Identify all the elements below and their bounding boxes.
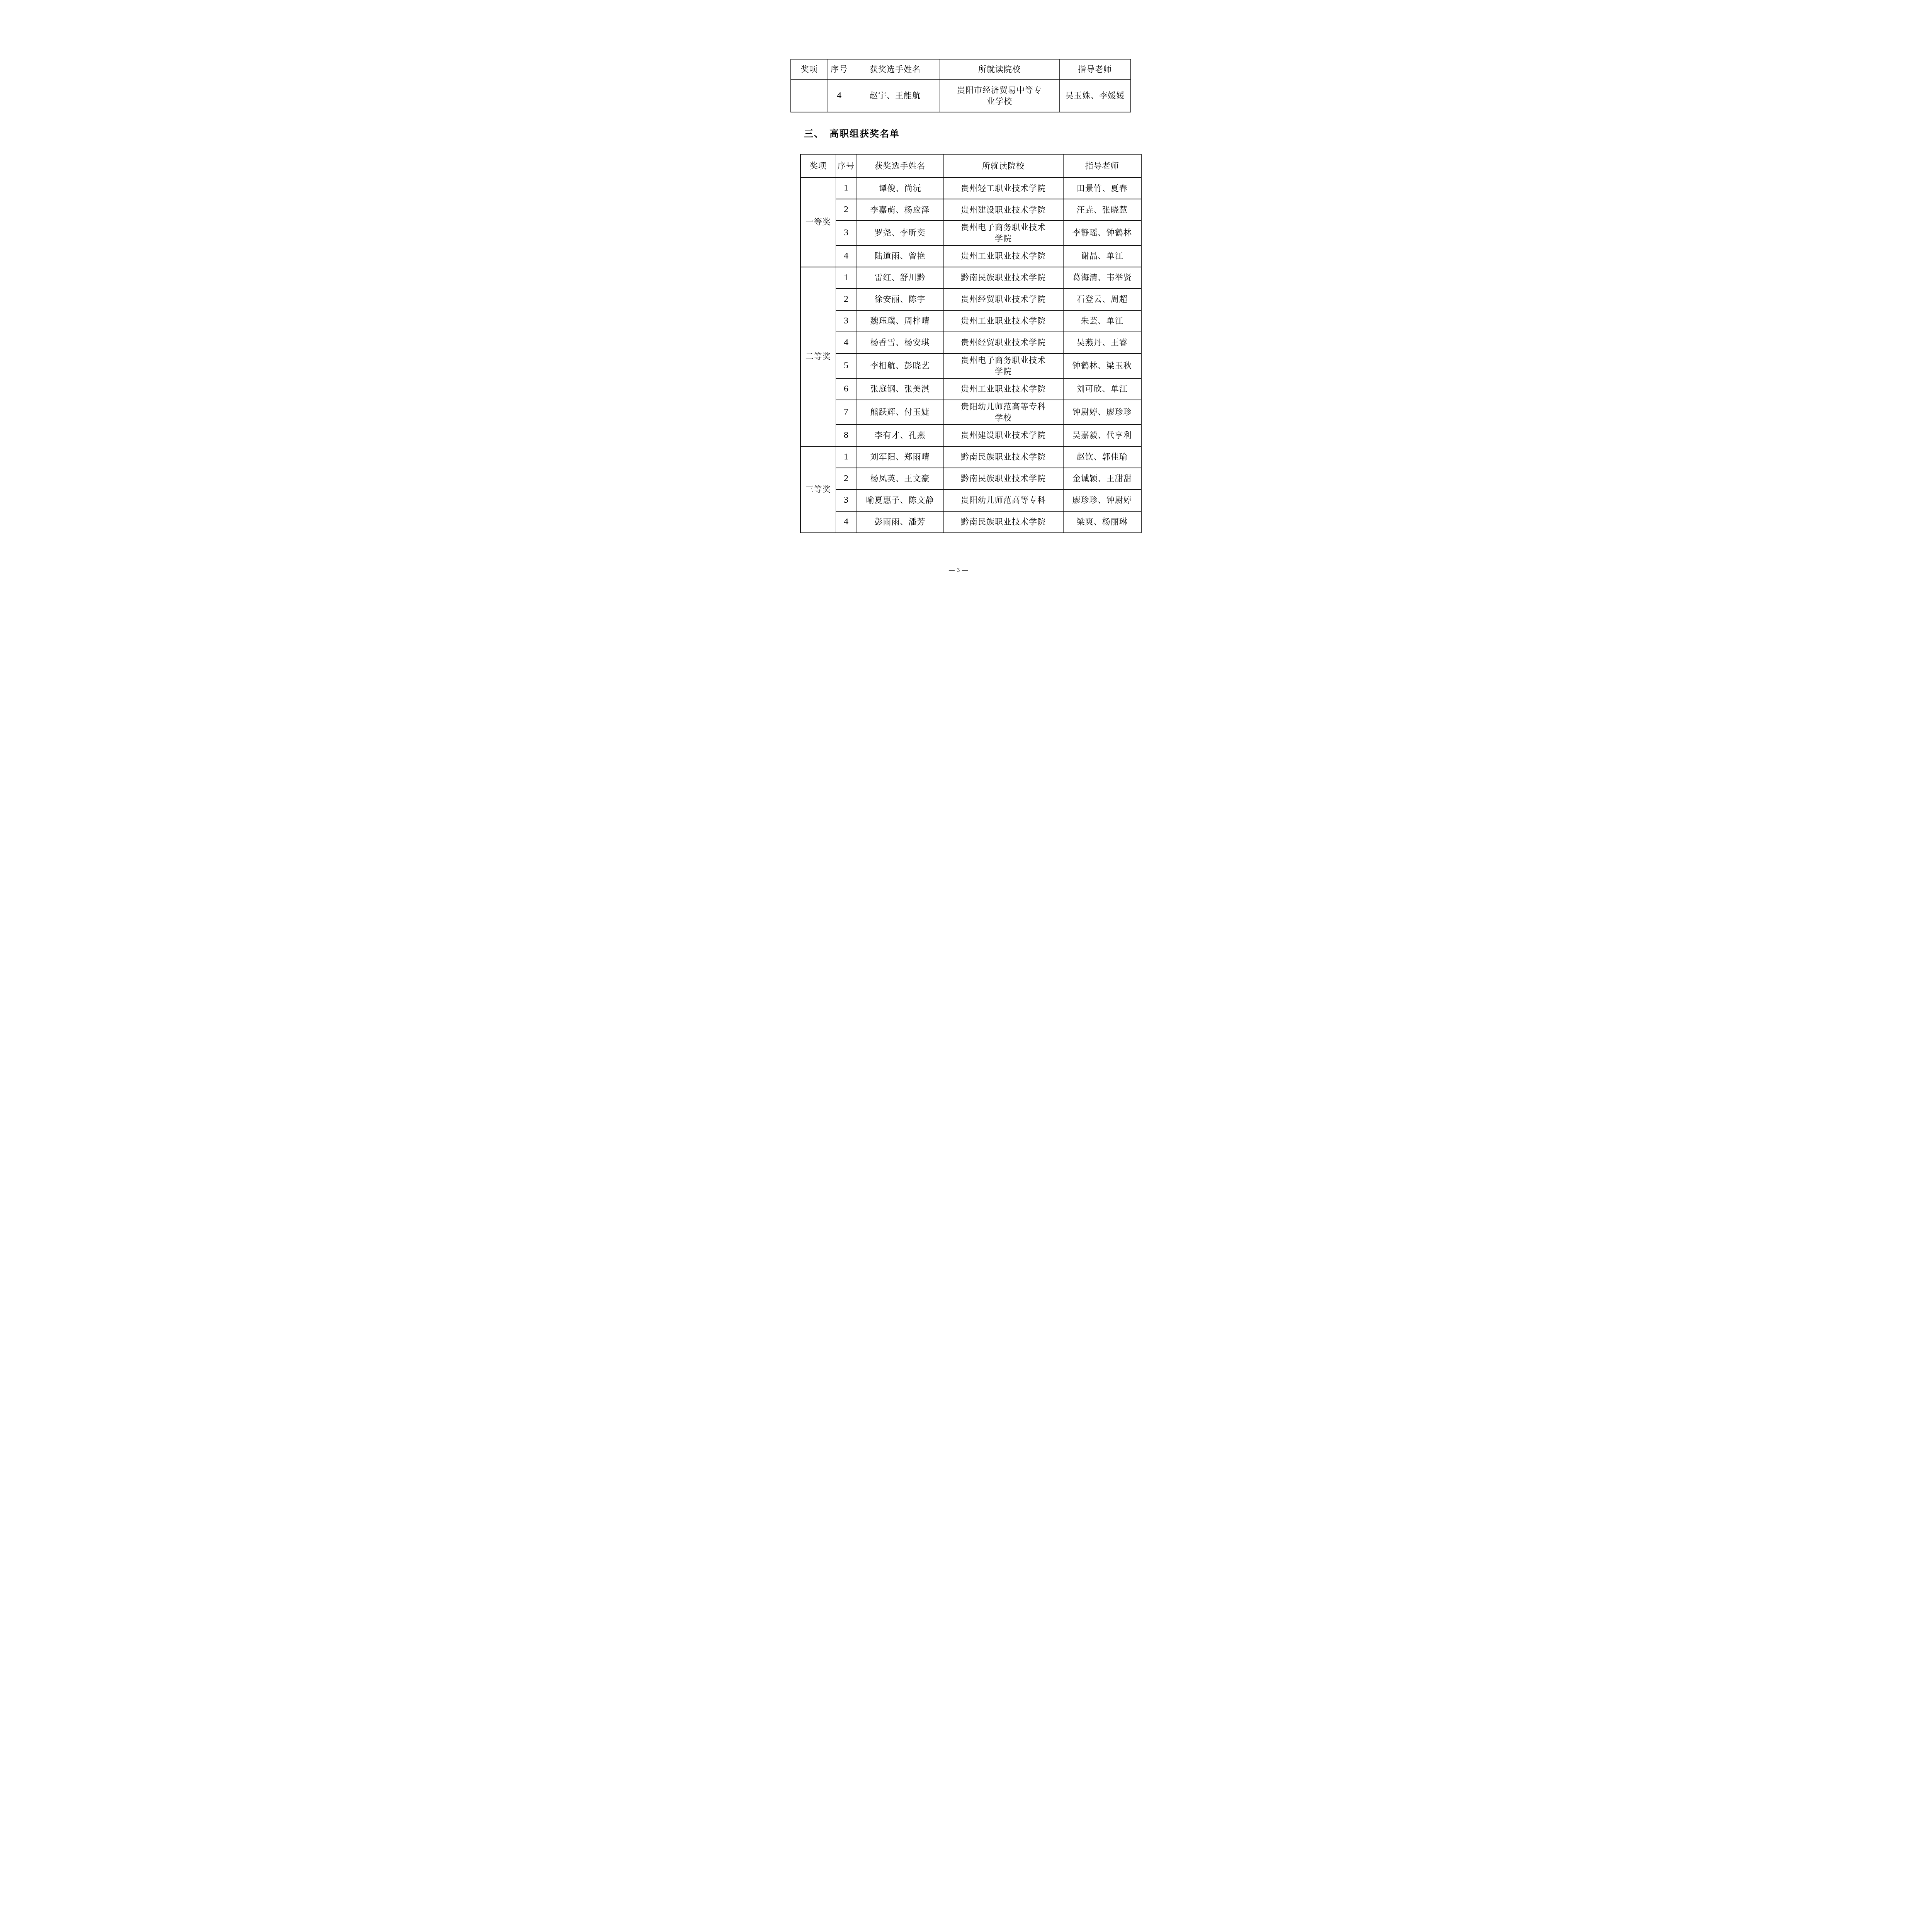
teachers-cell: 钟鹤林、梁玉秋 <box>1063 354 1141 378</box>
award-cell <box>791 79 828 112</box>
column-header: 指导老师 <box>1059 59 1131 79</box>
table-row: 7熊跃辉、付玉婕贵阳幼儿师范高等专科 学校钟尉婷、廖珍珍 <box>800 400 1141 425</box>
table-header-row: 奖项序号获奖选手姓名所就读院校指导老师 <box>800 154 1141 177</box>
names-cell: 魏珏璞、周梓晴 <box>857 310 943 332</box>
award-group-cell: 三等奖 <box>800 446 836 533</box>
names-cell: 李嘉萌、杨应泽 <box>857 199 943 221</box>
teachers-cell: 石登云、周超 <box>1063 289 1141 310</box>
table-header-row: 奖项序号获奖选手姓名所就读院校指导老师 <box>791 59 1131 79</box>
names-cell: 彭雨雨、潘芳 <box>857 511 943 533</box>
school-cell: 贵州电子商务职业技术 学院 <box>943 221 1063 245</box>
teachers-cell: 刘可欣、单江 <box>1063 378 1141 400</box>
index-cell: 3 <box>836 490 857 511</box>
school-cell: 贵阳市经济贸易中等专 业学校 <box>940 79 1059 112</box>
names-cell: 罗尧、李昕奕 <box>857 221 943 245</box>
college-table-body: 一等奖1谭俊、尚沅贵州轻工职业技术学院田景竹、夏春2李嘉萌、杨应泽贵州建设职业技… <box>800 177 1141 533</box>
names-cell: 雷红、舒川黔 <box>857 267 943 289</box>
column-header: 获奖选手姓名 <box>851 59 940 79</box>
index-cell: 1 <box>836 177 857 199</box>
names-cell: 刘军阳、郑雨晴 <box>857 446 943 468</box>
school-cell: 黔南民族职业技术学院 <box>943 267 1063 289</box>
index-cell: 4 <box>828 79 851 112</box>
school-cell: 贵州经贸职业技术学院 <box>943 289 1063 310</box>
names-cell: 谭俊、尚沅 <box>857 177 943 199</box>
column-header: 获奖选手姓名 <box>857 154 943 177</box>
award-group-cell: 二等奖 <box>800 267 836 446</box>
school-cell: 贵州工业职业技术学院 <box>943 245 1063 267</box>
section-heading: 三、 高职组获奖名单 <box>804 126 900 139</box>
college-group-table: 奖项序号获奖选手姓名所就读院校指导老师 一等奖1谭俊、尚沅贵州轻工职业技术学院田… <box>800 154 1142 533</box>
index-cell: 4 <box>836 245 857 267</box>
index-cell: 8 <box>836 425 857 446</box>
index-cell: 1 <box>836 446 857 468</box>
school-cell: 贵州经贸职业技术学院 <box>943 332 1063 354</box>
column-header: 序号 <box>836 154 857 177</box>
school-cell: 贵阳幼儿师范高等专科 学校 <box>943 400 1063 425</box>
table-row: 8李有才、孔燕贵州建设职业技术学院吴嘉毅、代亨利 <box>800 425 1141 446</box>
teachers-cell: 赵钦、郭佳瑜 <box>1063 446 1141 468</box>
index-cell: 2 <box>836 199 857 221</box>
column-header: 奖项 <box>791 59 828 79</box>
index-cell: 5 <box>836 354 857 378</box>
index-cell: 1 <box>836 267 857 289</box>
document-page: 奖项序号获奖选手姓名所就读院校指导老师 4赵宇、王能航贵阳市经济贸易中等专 业学… <box>746 0 1171 601</box>
table-row: 3魏珏璞、周梓晴贵州工业职业技术学院朱芸、单江 <box>800 310 1141 332</box>
index-cell: 4 <box>836 332 857 354</box>
school-cell: 黔南民族职业技术学院 <box>943 446 1063 468</box>
index-cell: 2 <box>836 468 857 490</box>
column-header: 所就读院校 <box>943 154 1063 177</box>
names-cell: 徐安丽、陈宇 <box>857 289 943 310</box>
column-header: 序号 <box>828 59 851 79</box>
index-cell: 4 <box>836 511 857 533</box>
school-cell: 贵州建设职业技术学院 <box>943 425 1063 446</box>
names-cell: 赵宇、王能航 <box>851 79 940 112</box>
teachers-cell: 金诚颖、王甜甜 <box>1063 468 1141 490</box>
table-row: 3罗尧、李昕奕贵州电子商务职业技术 学院李静瑶、钟鹤林 <box>800 221 1141 245</box>
names-cell: 陆道雨、曾艳 <box>857 245 943 267</box>
teachers-cell: 廖珍珍、钟尉婷 <box>1063 490 1141 511</box>
names-cell: 杨凤英、王文豪 <box>857 468 943 490</box>
teachers-cell: 汪垚、张晓慧 <box>1063 199 1141 221</box>
teachers-cell: 谢晶、单江 <box>1063 245 1141 267</box>
teachers-cell: 钟尉婷、廖珍珍 <box>1063 400 1141 425</box>
school-cell: 黔南民族职业技术学院 <box>943 511 1063 533</box>
names-cell: 喻夏惠子、陈文静 <box>857 490 943 511</box>
table-row: 2杨凤英、王文豪黔南民族职业技术学院金诚颖、王甜甜 <box>800 468 1141 490</box>
table-row: 4彭雨雨、潘芳黔南民族职业技术学院梁爽、杨丽琳 <box>800 511 1141 533</box>
table-row: 2李嘉萌、杨应泽贵州建设职业技术学院汪垚、张晓慧 <box>800 199 1141 221</box>
index-cell: 2 <box>836 289 857 310</box>
table-row: 5李相航、彭晓艺贵州电子商务职业技术 学院钟鹤林、梁玉秋 <box>800 354 1141 378</box>
table-row: 三等奖1刘军阳、郑雨晴黔南民族职业技术学院赵钦、郭佳瑜 <box>800 446 1141 468</box>
teachers-cell: 吴玉姝、李媛媛 <box>1059 79 1131 112</box>
index-cell: 3 <box>836 310 857 332</box>
table-row: 6张庭钢、张美淇贵州工业职业技术学院刘可欣、单江 <box>800 378 1141 400</box>
names-cell: 张庭钢、张美淇 <box>857 378 943 400</box>
index-cell: 7 <box>836 400 857 425</box>
names-cell: 李相航、彭晓艺 <box>857 354 943 378</box>
award-group-cell: 一等奖 <box>800 177 836 267</box>
column-header: 奖项 <box>800 154 836 177</box>
school-cell: 贵州电子商务职业技术 学院 <box>943 354 1063 378</box>
names-cell: 李有才、孔燕 <box>857 425 943 446</box>
school-cell: 贵阳幼儿师范高等专科 <box>943 490 1063 511</box>
school-cell: 黔南民族职业技术学院 <box>943 468 1063 490</box>
teachers-cell: 田景竹、夏春 <box>1063 177 1141 199</box>
teachers-cell: 吴嘉毅、代亨利 <box>1063 425 1141 446</box>
table-row: 3喻夏惠子、陈文静贵阳幼儿师范高等专科廖珍珍、钟尉婷 <box>800 490 1141 511</box>
teachers-cell: 梁爽、杨丽琳 <box>1063 511 1141 533</box>
teachers-cell: 吴燕丹、王睿 <box>1063 332 1141 354</box>
junior-table-body: 4赵宇、王能航贵阳市经济贸易中等专 业学校吴玉姝、李媛媛 <box>791 79 1131 112</box>
table-row: 4赵宇、王能航贵阳市经济贸易中等专 业学校吴玉姝、李媛媛 <box>791 79 1131 112</box>
school-cell: 贵州建设职业技术学院 <box>943 199 1063 221</box>
teachers-cell: 葛海清、韦举贤 <box>1063 267 1141 289</box>
index-cell: 3 <box>836 221 857 245</box>
column-header: 指导老师 <box>1063 154 1141 177</box>
page-number: — 3 — <box>746 567 1171 574</box>
table-row: 二等奖1雷红、舒川黔黔南民族职业技术学院葛海清、韦举贤 <box>800 267 1141 289</box>
junior-group-table-continued: 奖项序号获奖选手姓名所就读院校指导老师 4赵宇、王能航贵阳市经济贸易中等专 业学… <box>790 59 1131 112</box>
index-cell: 6 <box>836 378 857 400</box>
school-cell: 贵州轻工职业技术学院 <box>943 177 1063 199</box>
table-row: 4陆道雨、曾艳贵州工业职业技术学院谢晶、单江 <box>800 245 1141 267</box>
table-row: 一等奖1谭俊、尚沅贵州轻工职业技术学院田景竹、夏春 <box>800 177 1141 199</box>
table-row: 2徐安丽、陈宇贵州经贸职业技术学院石登云、周超 <box>800 289 1141 310</box>
teachers-cell: 李静瑶、钟鹤林 <box>1063 221 1141 245</box>
teachers-cell: 朱芸、单江 <box>1063 310 1141 332</box>
names-cell: 杨香雪、杨安琪 <box>857 332 943 354</box>
names-cell: 熊跃辉、付玉婕 <box>857 400 943 425</box>
school-cell: 贵州工业职业技术学院 <box>943 378 1063 400</box>
school-cell: 贵州工业职业技术学院 <box>943 310 1063 332</box>
table-row: 4杨香雪、杨安琪贵州经贸职业技术学院吴燕丹、王睿 <box>800 332 1141 354</box>
column-header: 所就读院校 <box>940 59 1059 79</box>
